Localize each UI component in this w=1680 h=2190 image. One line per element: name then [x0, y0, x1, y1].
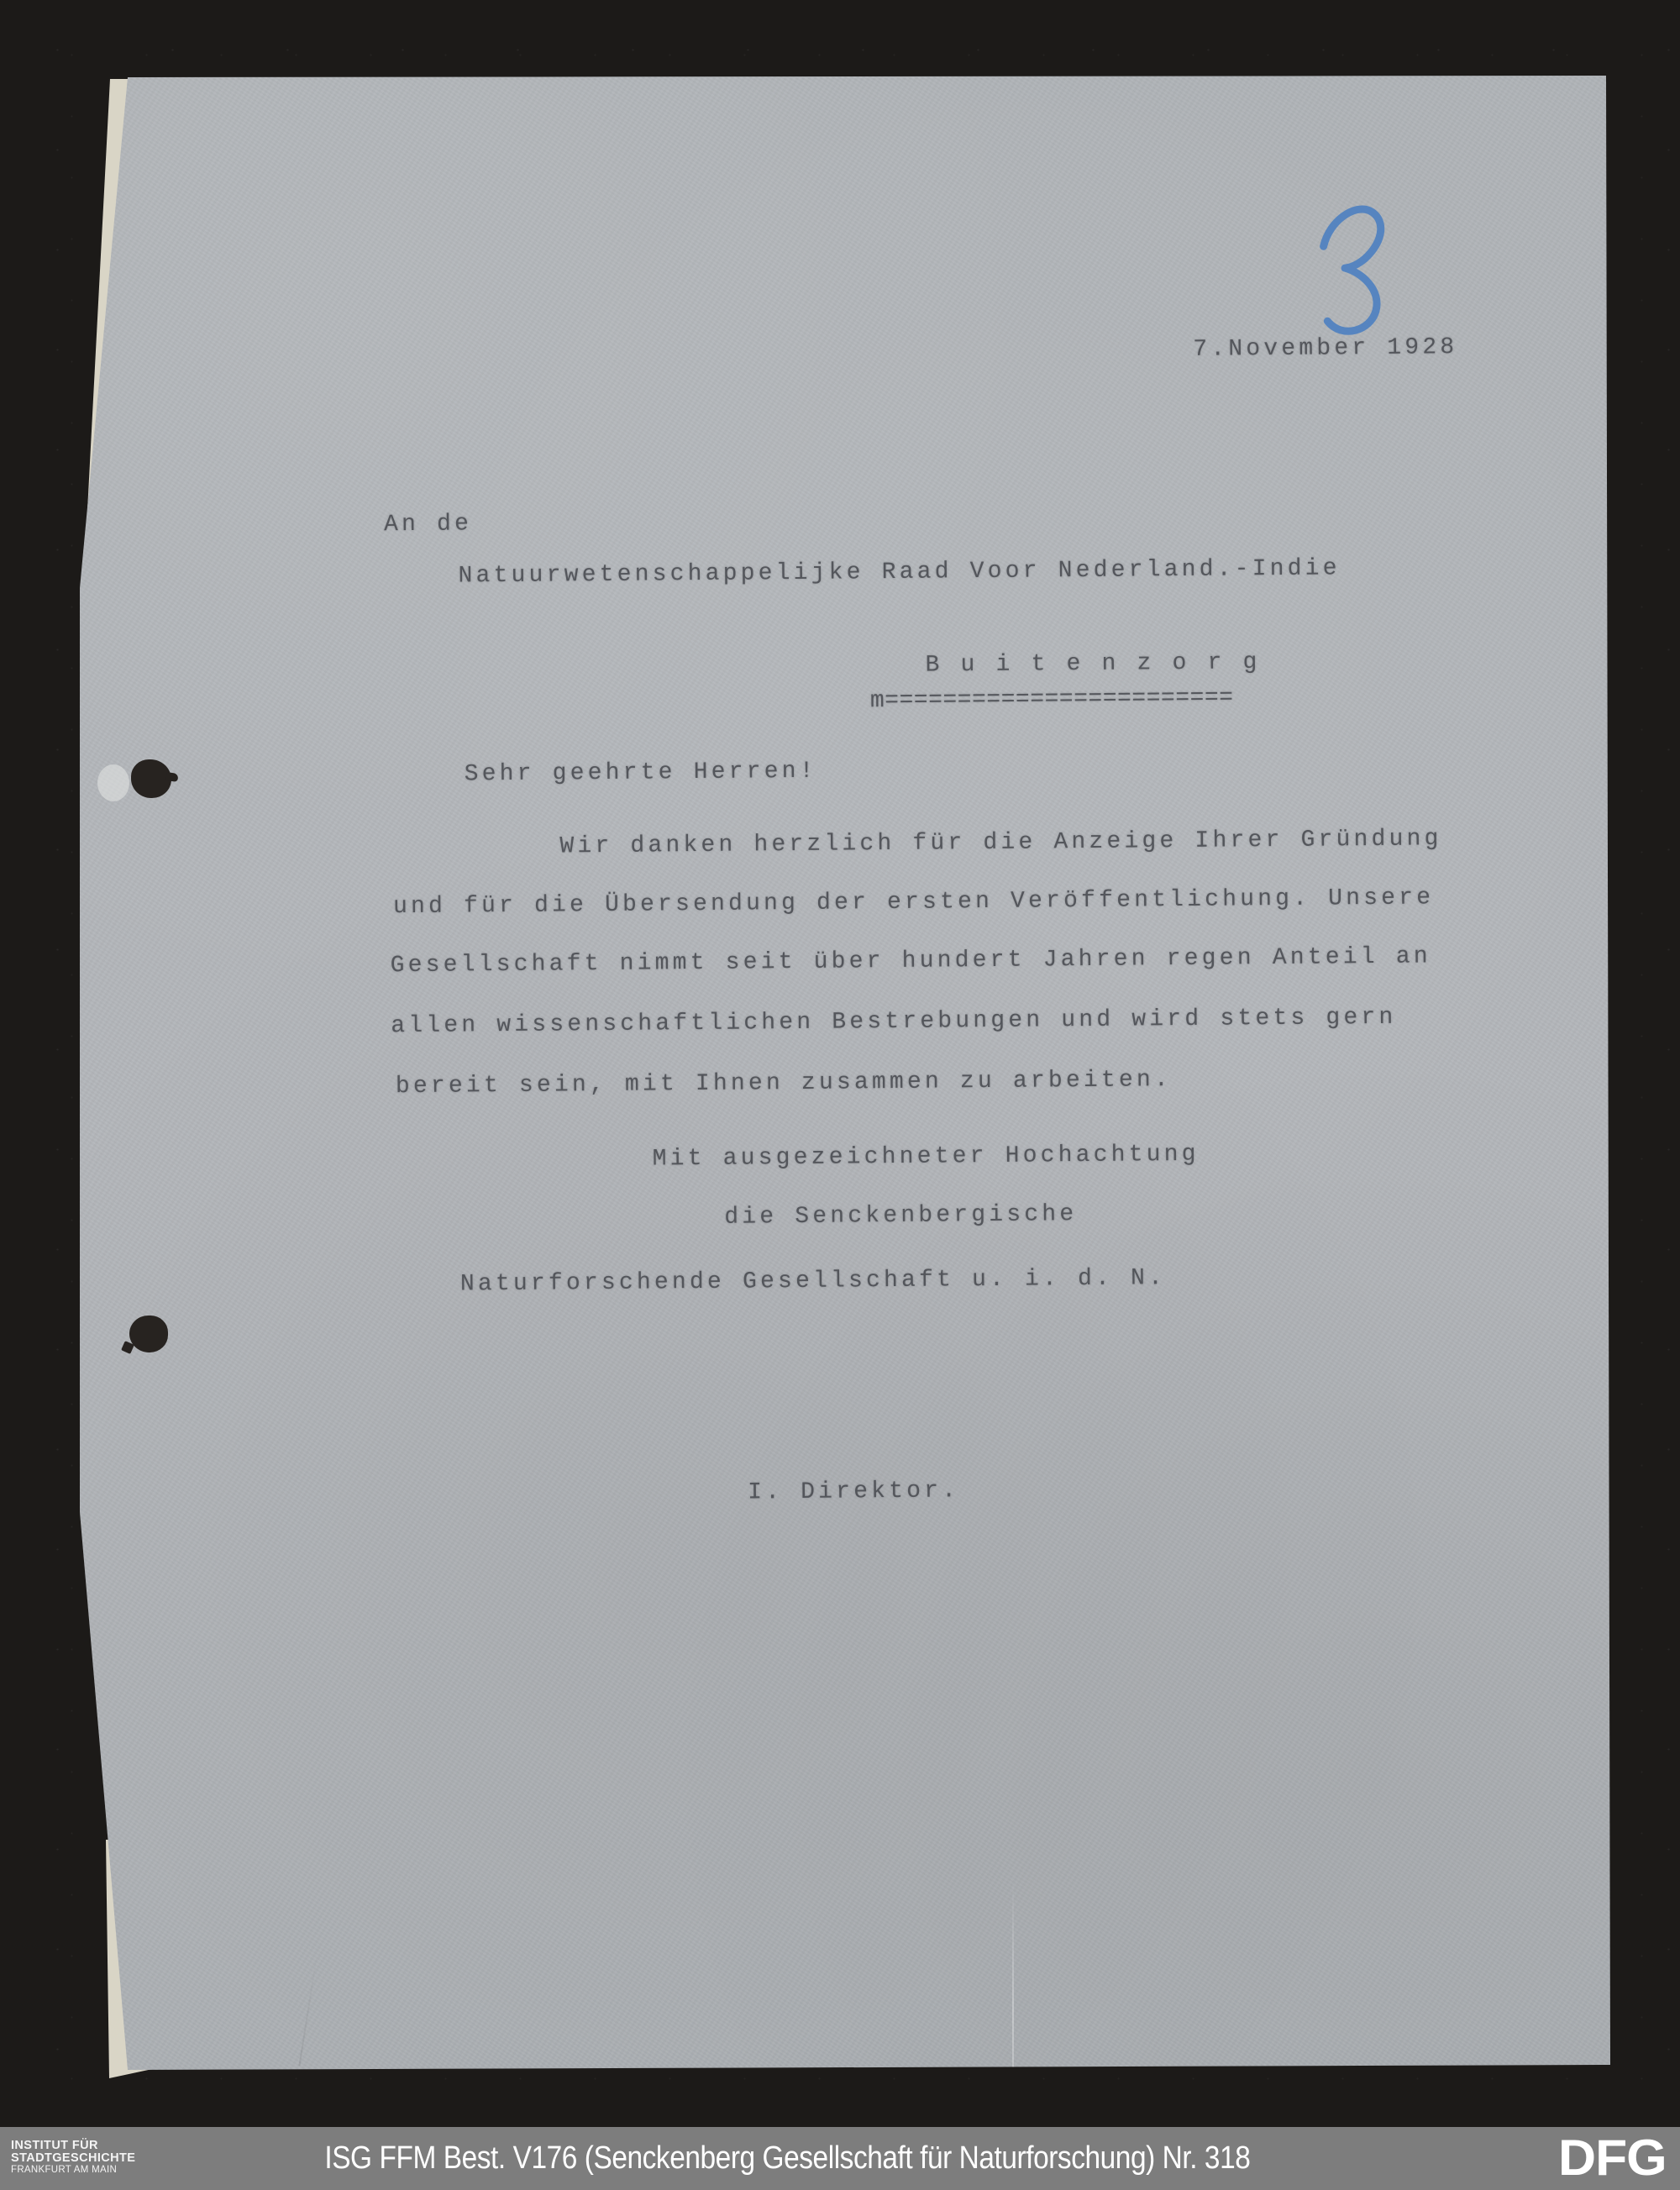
signature-title: I. Direktor.	[748, 1478, 959, 1505]
body-line: Gesellschaft nimmt seit über hundert Jah…	[391, 944, 1431, 979]
closing-line: Mit ausgezeichneter Hochachtung	[653, 1142, 1200, 1173]
closing-line: die Senckenbergische	[724, 1202, 1077, 1231]
institute-logo-line: INSTITUT FÜR	[11, 2140, 135, 2152]
dfg-logo: DFG	[1558, 2132, 1667, 2184]
closing-line: Naturforschende Gesellschaft u. i. d. N.	[460, 1266, 1166, 1297]
institute-logo-line: STADTGESCHICHTE	[11, 2152, 135, 2165]
body-line: allen wissenschaftlichen Bestrebungen un…	[391, 1006, 1396, 1039]
typewritten-text: 7.November 1928 An de Natuurwetenschappe…	[67, 64, 1622, 2075]
institute-logo-line: FRANKFURT AM MAIN	[11, 2164, 135, 2176]
letter-date: 7.November 1928	[1193, 335, 1457, 363]
recipient-name: Natuurwetenschappelijke Raad Voor Nederl…	[458, 556, 1340, 589]
recipient-city: B u i t e n z o r g	[925, 650, 1260, 678]
city-underline: m========================	[870, 685, 1234, 714]
recipient-intro: An de	[384, 512, 472, 538]
institute-logo: INSTITUT FÜR STADTGESCHICHTE FRANKFURT A…	[11, 2140, 135, 2176]
archive-reference-caption: ISG FFM Best. V176 (Senckenberg Gesellsc…	[324, 2139, 1250, 2177]
archive-footer-bar: INSTITUT FÜR STADTGESCHICHTE FRANKFURT A…	[0, 2127, 1680, 2190]
body-line: und für die Übersendung der ersten Veröf…	[393, 885, 1434, 920]
scan-background: 7.November 1928 An de Natuurwetenschappe…	[0, 0, 1680, 2190]
letter-page: 7.November 1928 An de Natuurwetenschappe…	[76, 74, 1613, 2072]
body-line: bereit sein, mit Ihnen zusammen zu arbei…	[396, 1068, 1172, 1100]
body-line: Wir danken herzlich für die Anzeige Ihre…	[559, 827, 1441, 859]
salutation: Sehr geehrte Herren!	[465, 759, 817, 788]
